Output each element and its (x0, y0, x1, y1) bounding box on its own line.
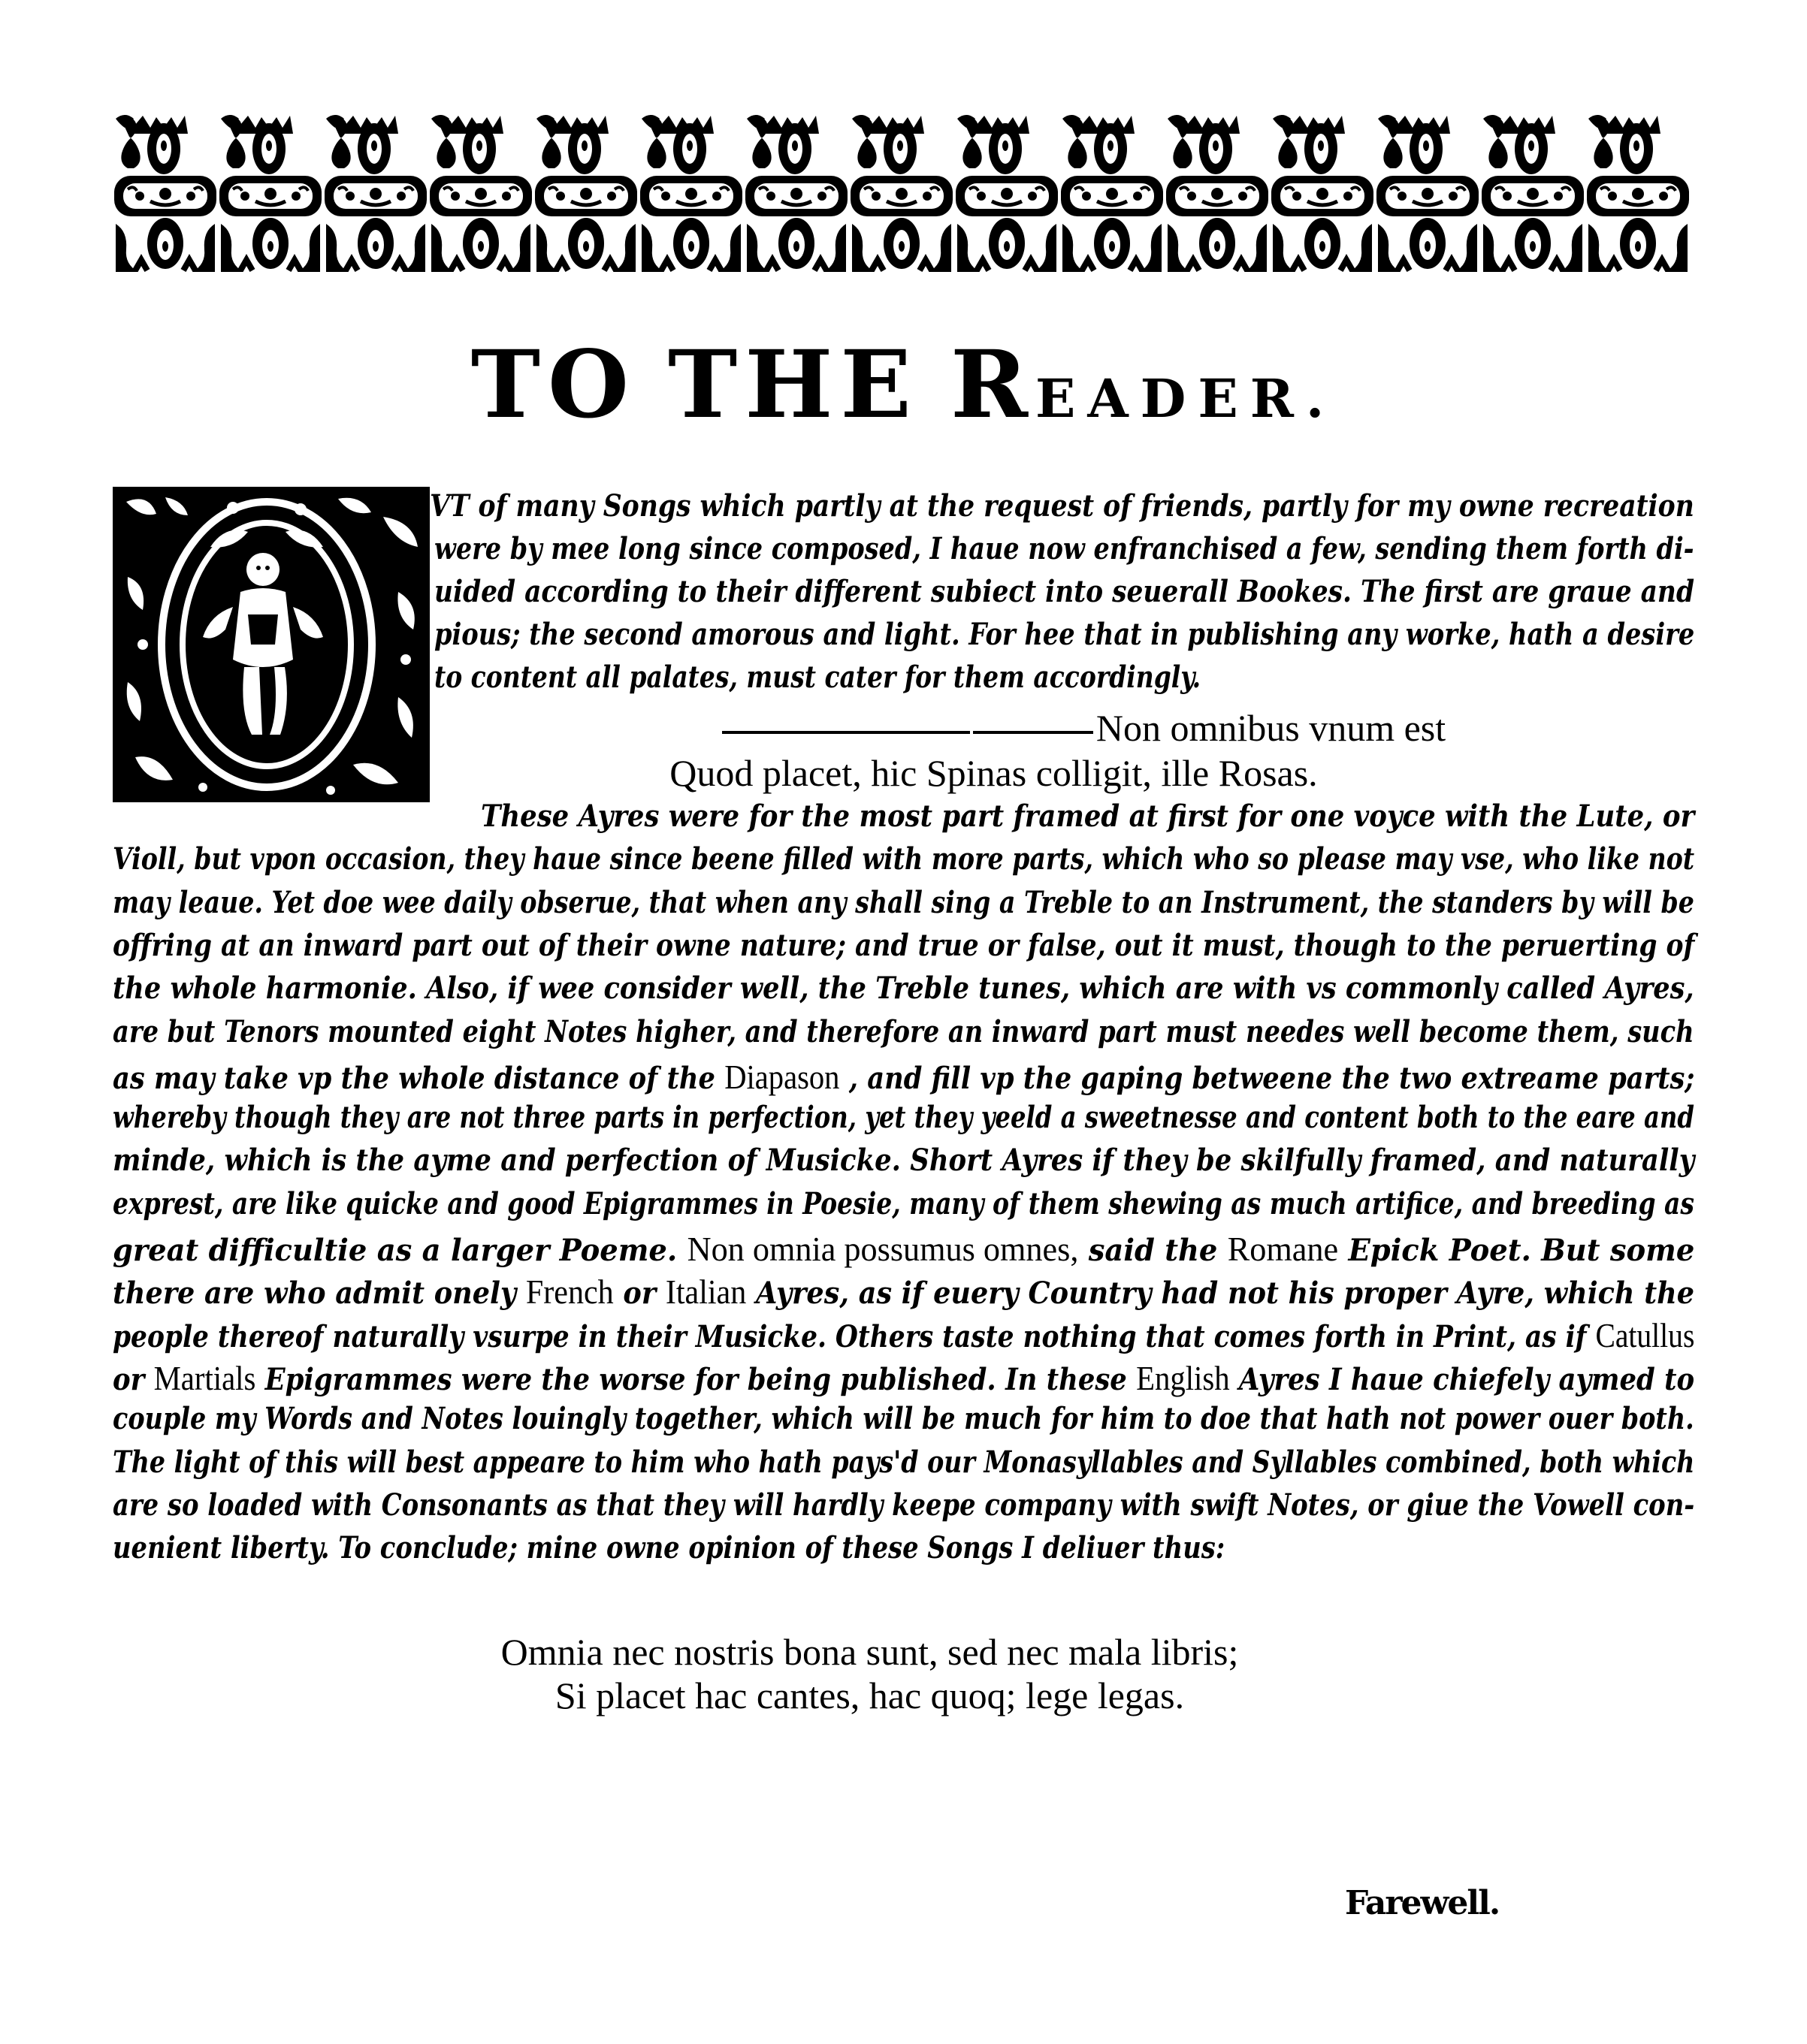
italic-text: couple my Words and Notes louingly toget… (113, 1401, 1694, 1436)
paragraph-2-line: people thereof naturally vsurpe in their… (113, 1315, 1694, 1355)
paragraph-2-line: or Martials Epigrammes were the worse fo… (113, 1358, 1694, 1398)
italic-text: exprest, are like quicke and good Epigra… (113, 1186, 1694, 1221)
paragraph-2-line: exprest, are like quicke and good Epigra… (113, 1186, 1694, 1221)
paragraph-2-line: whereby though they are not three parts … (113, 1100, 1694, 1135)
roman-term: French (526, 1273, 614, 1311)
title-word-the: THE (668, 331, 919, 439)
italic-text: may leaue. Yet doe wee daily obserue, th… (113, 885, 1694, 920)
paragraph-1-line: VT of many Songs which partly at the req… (430, 488, 1694, 524)
italic-text: or (614, 1276, 666, 1311)
quote-1-line-2: Quod placet, hic Spinas colligit, ille R… (90, 751, 1807, 795)
quote-1-line-1: Non omnibus vnum est (180, 706, 1807, 750)
italic-text: the whole harmonie. Also, if wee conside… (113, 971, 1694, 1006)
italic-text: Epick Poet. But some (1338, 1233, 1694, 1268)
italic-text: whereby though they are not three parts … (113, 1100, 1694, 1135)
roman-term: Catullus (1595, 1316, 1694, 1354)
paragraph-2-line: These Ayres were for the most part frame… (481, 799, 1694, 834)
title-word-to: TO (471, 331, 636, 439)
italic-text: uenient liberty. To conclude; mine owne … (113, 1530, 1225, 1565)
paragraph-2-line: Violl, but vpon occasion, they haue sinc… (113, 841, 1694, 877)
italic-text: Ayres I haue chiefely aymed to (1230, 1362, 1695, 1397)
italic-text: there are who admit onely (113, 1276, 526, 1311)
title-initial: R (950, 331, 1035, 439)
italic-text: are so loaded with Consonants as that th… (113, 1487, 1694, 1523)
ornamental-header-band (113, 111, 1691, 276)
italic-text: said the (1078, 1233, 1227, 1268)
paragraph-2-line: may leaue. Yet doe wee daily obserue, th… (113, 885, 1694, 920)
roman-term: Diapason (724, 1058, 839, 1096)
roman-term: Non omnia possumus omnes, (687, 1230, 1079, 1268)
document-page: TOTHEREADER. (0, 0, 1807, 2044)
roman-term: Italian (666, 1273, 746, 1311)
paragraph-2-line: there are who admit onely French or Ital… (113, 1272, 1694, 1312)
italic-text: minde, which is the ayme and perfection … (113, 1143, 1694, 1178)
paragraph-1-line: pious; the second amorous and light. For… (434, 617, 1694, 652)
paragraph-1-line: to content all palates, must cater for t… (434, 660, 1201, 695)
paragraph-2-line: The light of this will best appeare to h… (113, 1445, 1694, 1480)
page-title: TOTHEREADER. (0, 331, 1807, 439)
paragraph-2-line: are so loaded with Consonants as that th… (113, 1487, 1694, 1523)
italic-text: people thereof naturally vsurpe in their… (113, 1319, 1595, 1354)
paragraph-2-line: uenient liberty. To conclude; mine owne … (113, 1530, 1225, 1565)
paragraph-2-line: offring at an inward part out of their o… (113, 928, 1694, 963)
italic-text: , and fill vp the gaping betweene the tw… (839, 1061, 1694, 1096)
italic-text: or (113, 1362, 154, 1397)
roman-term: English (1136, 1359, 1229, 1397)
italic-text: great difficultie as a larger Poeme. (113, 1233, 687, 1268)
closing-quote-line-2: Si placet hac cantes, hac quoq; lege leg… (0, 1674, 1773, 1717)
italic-text: Violl, but vpon occasion, they haue sinc… (113, 841, 1694, 877)
paragraph-2-line: great difficultie as a larger Poeme. Non… (113, 1229, 1694, 1269)
quote-1-text: Non omnibus vnum est (1096, 707, 1446, 749)
roman-term: Martials (154, 1359, 256, 1397)
paragraph-1-line: were by mee long since composed, I haue … (434, 531, 1694, 566)
italic-text: as may take vp the whole distance of the (113, 1061, 724, 1096)
italic-text: offring at an inward part out of their o… (113, 928, 1694, 963)
italic-text: The light of this will best appeare to h… (113, 1445, 1694, 1480)
paragraph-1-line: uided according to their different subie… (434, 574, 1694, 609)
title-rest: EADER. (1035, 367, 1336, 430)
em-dash-rule (722, 731, 970, 734)
roman-term: Romane (1228, 1230, 1338, 1268)
paragraph-2-line: as may take vp the whole distance of the… (113, 1057, 1694, 1097)
fleuron-border-icon (113, 111, 1691, 276)
italic-text: Ayres, as if euery Country had not his p… (746, 1276, 1694, 1311)
paragraph-2-line: the whole harmonie. Also, if wee conside… (113, 971, 1694, 1006)
em-dash-rule (973, 731, 1093, 734)
paragraph-2-line: minde, which is the ayme and perfection … (113, 1143, 1694, 1178)
italic-text: These Ayres were for the most part frame… (481, 799, 1694, 834)
italic-text: are but Tenors mounted eight Notes highe… (113, 1014, 1694, 1049)
italic-text: Epigrammes were the worse for being publ… (255, 1362, 1136, 1397)
paragraph-2-line: couple my Words and Notes louingly toget… (113, 1401, 1694, 1436)
closing-quote-line-1: Omnia nec nostris bona sunt, sed nec mal… (0, 1630, 1773, 1674)
farewell-signoff: Farewell. (1345, 1884, 1499, 1922)
paragraph-2-line: are but Tenors mounted eight Notes highe… (113, 1014, 1694, 1049)
